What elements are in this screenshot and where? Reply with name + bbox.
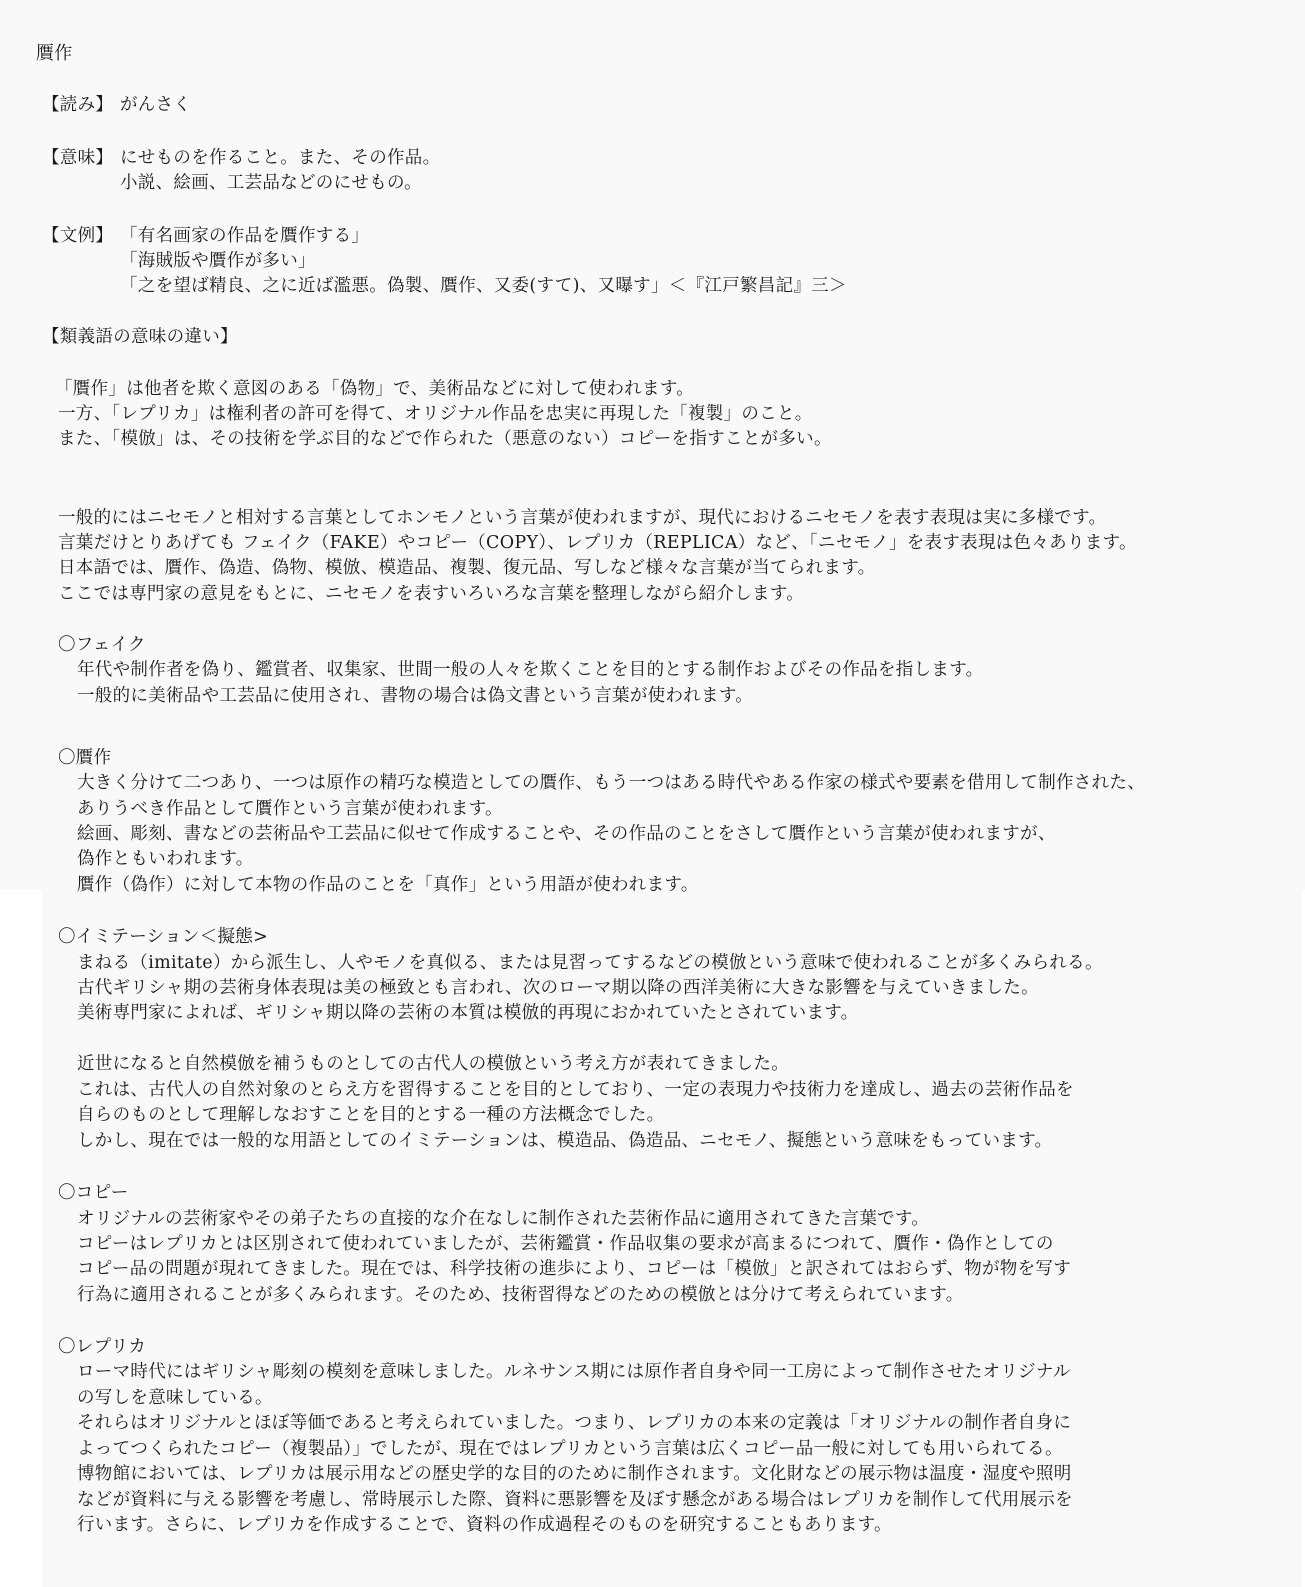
- example-line: 「之を望ば精良、之に近ば濫悪。偽製、贋作、又委(すて)、又曝す」＜『江戸繁昌記』…: [120, 274, 847, 298]
- reading-row: 【読み】がんさく: [42, 93, 191, 117]
- section-line: 美術専門家によれば、ギリシャ期以降の芸術の本質は模倣的再現におかれていたとされて…: [77, 1001, 858, 1025]
- section-line: コピーはレプリカとは区別されて使われていましたが、芸術鑑賞・作品収集の要求が高ま…: [77, 1232, 1054, 1256]
- section-line: それらはオリジナルとほぼ等価であると考えられていました。つまり、レプリカの本来の…: [77, 1411, 1071, 1435]
- section-line: しかし、現在では一般的な用語としてのイミテーションは、模造品、偽造品、ニセモノ、…: [77, 1129, 1052, 1153]
- synonyms-line: 一方、「レプリカ」は権利者の許可を得て、オリジナル作品を忠実に再現した「複製」の…: [58, 402, 813, 426]
- intro-line: 一般的にはニセモノと相対する言葉としてホンモノという言葉が使われますが、現代にお…: [58, 506, 1106, 530]
- examples-row: 【文例】「有名画家の作品を贋作する」: [42, 224, 369, 248]
- section-line: 近世になると自然模倣を補うものとしての古代人の模倣という考え方が表れてきました。: [77, 1052, 789, 1076]
- intro-line: 日本語では、贋作、偽造、偽物、模倣、模造品、複製、復元品、写しなど様々な言葉が当…: [58, 556, 875, 580]
- example-line: 「海賊版や贋作が多い」: [120, 249, 316, 273]
- section-heading-gansaku: 〇贋作: [58, 746, 111, 770]
- section-line: まねる（imitate）から派生し、人やモノを真似る、または見習ってするなどの模…: [77, 951, 1103, 975]
- intro-line: ここでは専門家の意見をもとに、ニセモノを表すいろいろな言葉を整理しながら紹介しま…: [58, 582, 804, 606]
- section-line: よってつくられたコピー（複製品）」でしたが、現在ではレプリカという言葉は広くコピ…: [77, 1437, 1063, 1461]
- section-heading-copy: 〇コピー: [58, 1181, 129, 1205]
- meaning-line: 小説、絵画、工芸品などのにせもの。: [120, 171, 422, 195]
- reading-value: がんさく: [120, 95, 191, 115]
- section-line: 贋作（偽作）に対して本物の作品のことを「真作」という用語が使われます。: [77, 873, 699, 897]
- synonyms-line: 「贋作」は他者を欺く意図のある「偽物」で、美術品などに対して使われます。: [55, 377, 694, 401]
- meaning-line: にせものを作ること。また、その作品。: [120, 148, 440, 168]
- reading-label: 【読み】: [42, 93, 120, 117]
- section-line: 偽作ともいわれます。: [77, 847, 254, 871]
- section-line: 年代や制作者を偽り、鑑賞者、収集家、世間一般の人々を欺くことを目的とする制作およ…: [77, 658, 983, 682]
- section-heading-fake: 〇フェイク: [58, 633, 146, 657]
- section-line: などが資料に与える影響を考慮し、常時展示した際、資料に悪影響を及ぼす懸念がある場…: [77, 1488, 1073, 1512]
- section-line: 古代ギリシャ期の芸術身体表現は美の極致とも言われ、次のローマ期以降の西洋美術に大…: [77, 976, 1039, 1000]
- section-line: 行います。さらに、レプリカを作成することで、資料の作成過程そのものを研究すること…: [77, 1513, 892, 1537]
- meaning-label: 【意味】: [42, 146, 120, 170]
- example-line: 「有名画家の作品を贋作する」: [120, 226, 369, 246]
- section-line: 博物館においては、レプリカは展示用などの歴史学的な目的のために制作されます。文化…: [77, 1462, 1072, 1486]
- section-line: オリジナルの芸術家やその弟子たちの直接的な介在なしに制作された芸術作品に適用され…: [77, 1207, 929, 1231]
- section-heading-replica: 〇レプリカ: [58, 1335, 146, 1359]
- section-line: ありうべき作品として贋作という言葉が使われます。: [77, 797, 503, 821]
- section-line: の写しを意味している。: [77, 1386, 273, 1410]
- page-title: 贋作: [36, 42, 73, 66]
- section-line: 絵画、彫刻、書などの芸術品や工芸品に似せて作成することや、その作品のことをさして…: [77, 822, 1056, 846]
- section-line: 自らのものとして理解しなおすことを目的とする一種の方法概念でした。: [77, 1103, 664, 1127]
- section-line: コピー品の問題が現れてきました。現在では、科学技術の進歩により、コピーは「模倣」…: [77, 1257, 1071, 1281]
- section-heading-imitation: 〇イミテーション＜擬態>: [58, 925, 268, 949]
- intro-line: 言葉だけとりあげても フェイク（FAKE）やコピー（COPY）、レプリカ（REP…: [58, 531, 1137, 555]
- meaning-row: 【意味】にせものを作ること。また、その作品。: [42, 146, 440, 170]
- section-line: 一般的に美術品や工芸品に使用され、書物の場合は偽文書という言葉が使われます。: [77, 684, 753, 708]
- section-line: 行為に適用されることが多くみられます。そのため、技術習得などのための模倣とは分け…: [77, 1283, 964, 1307]
- section-line: ローマ時代にはギリシャ彫刻の模刻を意味しました。ルネサンス期には原作者自身や同一…: [77, 1360, 1071, 1384]
- section-line: 大きく分けて二つあり、一つは原作の精巧な模造としての贋作、もう一つはある時代やあ…: [77, 771, 1145, 795]
- examples-label: 【文例】: [42, 224, 120, 248]
- synonyms-line: また、「模倣」は、その技術を学ぶ目的などで作られた（悪意のない）コピーを指すこと…: [58, 427, 832, 451]
- section-line: これは、古代人の自然対象のとらえ方を習得することを目的としており、一定の表現力や…: [77, 1078, 1074, 1102]
- synonyms-heading: 【類義語の意味の違い】: [42, 325, 238, 349]
